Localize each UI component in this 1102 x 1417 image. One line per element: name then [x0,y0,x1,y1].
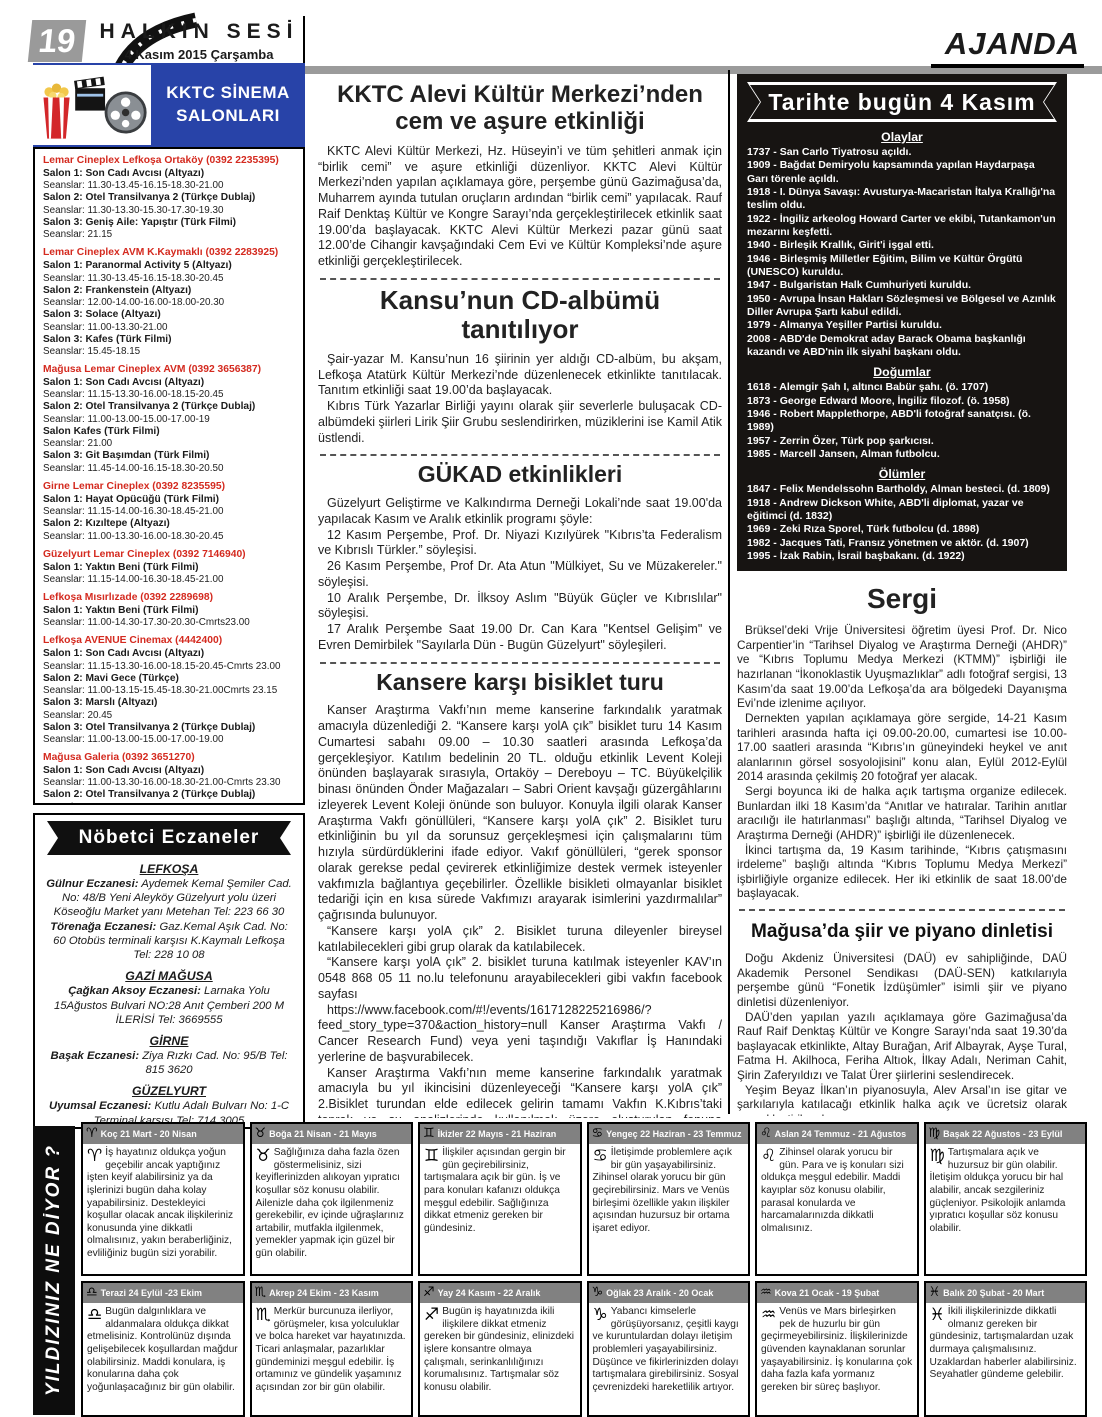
zodiac-cell: ♍ Başak 22 Ağustos - 23 Eylül ♍Tartışmal… [924,1122,1088,1276]
dashed-separator [320,454,720,456]
zodiac-icon-large: ♊ [424,1148,439,1165]
history-item: 2008 - ABD'de Demokrat aday Barack Obama… [747,333,1057,360]
zodiac-name: Balık 20 Şubat - 20 Mart [943,1283,1044,1303]
region-name: LEFKOŞA [43,862,295,876]
zodiac-cell: ♐ Yay 24 Kasım - 22 Aralık ♐Bugün iş hay… [418,1281,582,1417]
venue-name: Güzelyurt Lemar Cineplex (0392 7146940) [43,549,295,562]
cinema-banner: KKTC SİNEMA SALONLARI [33,63,305,147]
venue-films: Salon 1: Son Cadı Avcısı (Altyazı) Seans… [43,765,295,805]
cinema-venue: Lemar Cineplex Lefkoşa Ortaköy (0392 223… [43,155,295,241]
history-item: 1946 - Robert Mapplethorpe, ABD'li fotoğ… [747,408,1057,435]
zodiac-forecast: Venüs ve Mars birleşirken pek de huzurlu… [761,1306,912,1393]
zodiac-icon: ♈ [86,1124,98,1144]
zodiac-text: ♒Venüs ve Mars birleşirken pek de huzurl… [757,1303,917,1397]
paragraph: https://www.facebook.com/#!/events/16171… [318,1003,722,1066]
zodiac-cell: ♓ Balık 20 Şubat - 20 Mart ♓İkili ilişki… [924,1281,1088,1417]
article-alevi: KKTC Alevi Kültür Merkezi’nden cem ve aş… [318,82,722,270]
film-showtimes: Seanslar: 21.15 [43,229,295,241]
zodiac-icon-large: ♏ [256,1307,271,1324]
zodiac-text: ♋İletişimde problemlere açık bir gün yaş… [589,1144,749,1238]
cinema-venue: Güzelyurt Lemar Cineplex (0392 7146940) … [43,549,295,586]
issue-date: 4 Kasım 2015 Çarşamba [96,47,302,62]
film-showtimes: Seanslar: 11.30-13.45-16.15-18.30-21.00 [43,180,295,192]
pharmacy-region-lefkosa: LEFKOŞA Gülnur Eczanesi: Aydemek Kemal Ş… [43,862,295,962]
zodiac-name: Akrep 24 Ekim - 23 Kasım [269,1283,379,1303]
zodiac-cell: ♈ Koç 21 Mart - 20 Nisan ♈İş hayatınız o… [81,1122,245,1276]
zodiac-icon-large: ♐ [424,1307,439,1324]
article-sergi: Sergi Brüksel’deki Vrije Üniversitesi öğ… [737,583,1067,901]
film-title: Salon 2: Frankenstein (Altyazı) [43,285,295,297]
zodiac-icon-large: ♑ [593,1307,608,1324]
history-item: 1985 - Marcell Jansen, Alman futbolcu. [747,448,1057,461]
zodiac-icon-large: ♋ [593,1148,608,1165]
film-showtimes: Seanslar: 11.00-13.30-16.00-18.30-21.00-… [43,777,295,789]
zodiac-name: İkizler 22 Mayıs - 21 Haziran [438,1124,557,1144]
venue-name: Girne Lemar Cineplex (0392 8235595) [43,481,295,494]
cinema-box-title-line1: KKTC SİNEMA [151,82,305,105]
zodiac-text: ♑Yabancı kimselerle görüşüyorsanız, çeşi… [589,1303,749,1397]
zodiac-icon: ♌ [760,1124,772,1144]
film-showtimes: Seanslar: 20.45 [43,710,295,722]
history-section-olumler: Ölümler 1847 - Felix Mendelssohn Barthol… [747,467,1057,563]
history-item: 1847 - Felix Mendelssohn Bartholdy, Alma… [747,483,1057,496]
cinema-venue: Lefkoşa AVENUE Cinemax (4442400) Salon 1… [43,635,295,746]
zodiac-name: Yay 24 Kasım - 22 Aralık [438,1283,541,1303]
article-title: Sergi [737,583,1067,615]
paragraph: Sergi boyunca iki de halka açık tartışma… [737,784,1067,843]
history-item: 1969 - Zeki Rıza Sporel, Türk futbolcu (… [747,523,1057,536]
venue-name: Lemar Cineplex AVM K.Kaymaklı (0392 2283… [43,247,295,260]
venue-name: Lefkoşa Mısırlızade (0392 2289698) [43,592,295,605]
zodiac-cell: ♏ Akrep 24 Ekim - 23 Kasım ♏Merkür burcu… [250,1281,414,1417]
zodiac-header: ♐ Yay 24 Kasım - 22 Aralık [420,1283,580,1303]
zodiac-cell: ♋ Yengeç 22 Haziran - 23 Temmuz ♋İletişi… [587,1122,751,1276]
film-showtimes: Seanslar: 11.30-13.30-15.30-17.30-19.30 [43,205,295,217]
pharmacies-title: Nöbetci Eczaneler [47,821,291,855]
history-title: Tarihte bugün 4 Kasım [747,82,1057,122]
pharmacy-region-girne: GİRNE Başak Eczanesi: Ziya Rızkı Cad. No… [43,1034,295,1077]
zodiac-name: Terazi 24 Eylül -23 Ekim [101,1283,202,1303]
zodiac-icon: ♑ [592,1283,604,1303]
middle-column: KKTC Alevi Kültür Merkezi’nden cem ve aş… [318,76,722,1118]
zodiac-cell: ♑ Oğlak 23 Aralık - 20 Ocak ♑Yabancı kim… [587,1281,751,1417]
history-item: 1618 - Alemgir Şah I, altıncı Babür şahı… [747,381,1057,394]
venue-films: Salon 1: Son Cadı Avcısı (Altyazı) Seans… [43,168,295,242]
zodiac-forecast: Bugün dalgınlıklara ve aldanmalara olduk… [87,1306,238,1393]
cinema-listings: Lemar Cineplex Lefkoşa Ortaköy (0392 223… [33,147,305,805]
film-title: Salon 3: Solace (Altyazı) [43,309,295,321]
section-title: AJANDA [931,26,1084,68]
history-item: 1950 - Avrupa İnsan Hakları Sözleşmesi v… [747,293,1057,320]
article-gukad: GÜKAD etkinlikleri Güzelyurt Geliştirme … [318,462,722,653]
zodiac-icon: ♉ [255,1124,267,1144]
film-showtimes: Seanslar: 11.00-13.15-15.45-18.30-21.00C… [43,685,295,697]
zodiac-header: ♓ Balık 20 Şubat - 20 Mart [926,1283,1086,1303]
region-name: GÜZELYURT [43,1084,295,1098]
history-item: 1979 - Almanya Yeşiller Partisi kuruldu. [747,319,1057,332]
history-item: 1957 - Zerrin Özer, Türk pop şarkıcısı. [747,435,1057,448]
horoscope-sidebar: YILDIZINIZ NE DİYOR ? [33,1126,75,1415]
zodiac-forecast: İletişimde problemlere açık bir gün yaşa… [593,1147,732,1234]
pharmacy-entry: Çağkan Aksoy Eczanesi: Larnaka Yolu 15Ağ… [43,984,295,1027]
horoscope-section: YILDIZINIZ NE DİYOR ? ♈ Koç 21 Mart - 20… [33,1122,1087,1415]
masthead-divider [303,16,305,64]
zodiac-forecast: İlişkiler açısından gergin bir gün geçir… [424,1147,566,1234]
zodiac-cell: ♌ Aslan 24 Temmuz - 21 Ağustos ♌Zihinsel… [755,1122,919,1276]
pharmacy-name: Başak Eczanesi: [51,1050,140,1062]
zodiac-header: ♍ Başak 22 Ağustos - 23 Eylül [926,1124,1086,1144]
zodiac-icon: ♓ [929,1283,941,1303]
film-showtimes: Seanslar: 11.00-13.30-21.00 [43,322,295,334]
film-title: Salon 2: Kızıltepe (Altyazı) [43,518,295,530]
article-title: Kansere karşı bisiklet turu [318,670,722,696]
article-title: KKTC Alevi Kültür Merkezi’nden cem ve aş… [318,82,722,136]
zodiac-grid: ♈ Koç 21 Mart - 20 Nisan ♈İş hayatınız o… [81,1122,1087,1417]
zodiac-name: Aslan 24 Temmuz - 21 Ağustos [775,1124,907,1144]
venue-films: Salon 1: Son Cadı Avcısı (Altyazı) Seans… [43,648,295,746]
pharmacy-name: Törenağa Eczanesi: [50,921,156,933]
paragraph: KKTC Alevi Kültür Merkezi, Hz. Hüseyin’i… [318,144,722,270]
film-showtimes: Seanslar: 21.00 [43,438,295,450]
film-showtimes: Seanslar: 11.30-13.45-16.15-18.30-20.45 [43,273,295,285]
film-title: Salon 1: Hayat Öpücüğü (Türk Filmi) [43,494,295,506]
history-item: 1909 - Bağdat Demiryolu kapsamında yapıl… [747,159,1057,186]
zodiac-icon: ♒ [760,1283,772,1303]
history-ribbon: Tarihte bugün 4 Kasım [747,82,1057,122]
film-title: Salon Kafes (Türk Filmi) [43,426,295,438]
paragraph: 26 Kasım Perşembe, Prof Dr. Ata Atun "Mü… [318,559,722,591]
zodiac-text: ♎Bugün dalgınlıklara ve aldanmalara oldu… [83,1303,243,1397]
paragraph: 10 Aralık Perşembe, Dr. İlksoy Aslım "Bü… [318,591,722,623]
cinema-graphic [33,65,151,145]
zodiac-forecast: Tartışmalara açık ve huzursuz bir gün ol… [930,1147,1066,1234]
paragraph: “Kansere karşı yolA çık” 2. Bisiklet tur… [318,924,722,956]
film-title: Salon 2: Otel Transilvanya 2 (Türkçe Dub… [43,789,295,801]
zodiac-name: Koç 21 Mart - 20 Nisan [101,1124,197,1144]
left-column: KKTC SİNEMA SALONLARI Lemar Cineplex Lef… [33,63,305,1129]
horoscope-sidebar-label: YILDIZINIZ NE DİYOR ? [43,1144,65,1396]
zodiac-cell: ♊ İkizler 22 Mayıs - 21 Haziran ♊İlişkil… [418,1122,582,1276]
masthead: HALKIN SESİ 4 Kasım 2015 Çarşamba [96,20,302,62]
film-title: Salon 1: Yaktın Beni (Türk Filmi) [43,605,295,617]
film-showtimes: Seanslar: 11.15-13.30-16.00-18.15-20.45-… [43,661,295,673]
history-item: 1946 - Birleşmiş Milletler Eğitim, Bilim… [747,253,1057,280]
zodiac-forecast: İkili ilişkilerinizde dikkatli olmanız g… [930,1306,1077,1380]
venue-name: Mağusa Galeria (0392 3651270) [43,752,295,765]
film-title: Salon 1: Son Cadı Avcısı (Altyazı) [43,377,295,389]
zodiac-header: ♋ Yengeç 22 Haziran - 23 Temmuz [589,1124,749,1144]
venue-films: Salon 1: Yaktın Beni (Türk Filmi) Seansl… [43,562,295,587]
venue-name: Lefkoşa AVENUE Cinemax (4442400) [43,635,295,648]
dashed-separator [739,909,1065,911]
film-title: Salon 3: Kafes (Türk Filmi) [43,334,295,346]
film-title: Salon 2: Otel Transilvanya 2 (Türkçe Dub… [43,401,295,413]
zodiac-text: ♌Zihinsel olarak yorucu bir gün. Para ve… [757,1144,917,1238]
venue-name: Lemar Cineplex Lefkoşa Ortaköy (0392 223… [43,155,295,168]
film-title: Salon 1: Son Cadı Avcısı (Altyazı) [43,168,295,180]
film-title: Salon 3: Git Başımdan (Türk Filmi) [43,450,295,462]
film-showtimes: Seanslar: 11.15-13.30-16.00-18.15-20.45 [43,389,295,401]
paragraph: Şair-yazar M. Kansu’nun 16 şiirinin yer … [318,352,722,399]
zodiac-forecast: Sağlığınıza daha fazla özen göstermelisi… [256,1147,404,1259]
history-item: 1918 - Andrew Dickson White, ABD'li dipl… [747,497,1057,524]
history-item: 1995 - İzak Rabin, İsrail başbakanı. (d.… [747,550,1057,563]
zodiac-text: ♏Merkür burcunuza ilerliyor, görüşmeler,… [252,1303,412,1397]
zodiac-text: ♊İlişkiler açısından gergin bir gün geçi… [420,1144,580,1238]
history-heading: Ölümler [747,467,1057,481]
history-item: 1947 - Bulgaristan Halk Cumhuriyeti kuru… [747,279,1057,292]
film-showtimes: Seanslar: 12.00-14.00-16.00-18.00-20.30 [43,297,295,309]
film-title: Salon 3: Otel Transilvanya 2 (Türkçe Dub… [43,722,295,734]
film-showtimes: Seanslar: 11.15-14.00-16.30-18.45-21.00 [43,574,295,586]
zodiac-icon-large: ♍ [930,1148,945,1165]
paragraph: Güzelyurt Geliştirme ve Kalkındırma Dern… [318,496,722,528]
cinema-venue: Mağusa Lemar Cineplex AVM (0392 3656387)… [43,364,295,475]
history-item: 1982 - Jacques Tati, Fransız yönetmen ve… [747,537,1057,550]
cinema-venue: Lefkoşa Mısırlızade (0392 2289698) Salon… [43,592,295,629]
zodiac-name: Başak 22 Ağustos - 23 Eylül [943,1124,1062,1144]
zodiac-header: ♌ Aslan 24 Temmuz - 21 Ağustos [757,1124,917,1144]
pharmacies-box: Nöbetci Eczaneler LEFKOŞA Gülnur Eczanes… [33,813,305,1129]
clapperboard-icon [74,77,105,111]
history-item: 1922 - İngiliz arkeolog Howard Carter ve… [747,213,1057,240]
cinema-box-title-line2: SALONLARI [151,105,305,128]
region-name: GAZİ MAĞUSA [43,969,295,983]
film-title: Salon 1: Son Cadı Avcısı (Altyazı) [43,648,295,660]
zodiac-header: ♈ Koç 21 Mart - 20 Nisan [83,1124,243,1144]
zodiac-icon: ♐ [423,1283,435,1303]
film-showtimes: Seanslar: 11.00-13.00-15.00-17.00-19.00 [43,802,295,805]
cinema-venue: Girne Lemar Cineplex (0392 8235595) Salo… [43,481,295,543]
article-kansu: Kansu’nun CD-albümü tanıtılıyor Şair-yaz… [318,286,722,447]
paragraph: DAÜ’den yapılan yazılı açıklamaya göre G… [737,1010,1067,1083]
zodiac-header: ♑ Oğlak 23 Aralık - 20 Ocak [589,1283,749,1303]
article-bisiklet: Kansere karşı bisiklet turu Kanser Araşt… [318,670,722,1118]
film-showtimes: Seanslar: 11.15-14.00-16.30-18.45-21.00 [43,506,295,518]
zodiac-text: ♓İkili ilişkilerinizde dikkatli olmanız … [926,1303,1086,1385]
zodiac-forecast: İş hayatınız oldukça yoğun geçebilir anc… [87,1147,233,1259]
film-title: Salon 3: Marslı (Altyazı) [43,697,295,709]
paragraph: Dernekten yapılan açıklamaya göre sergid… [737,711,1067,784]
pharmacy-entry: Törenağa Eczanesi: Gaz.Kemal Aşık Cad. N… [43,920,295,963]
zodiac-forecast: Yabancı kimselerle görüşüyorsanız, çeşit… [593,1306,739,1393]
film-title: Salon 1: Paranormal Activity 5 (Altyazı) [43,260,295,272]
venue-name: Mağusa Lemar Cineplex AVM (0392 3656387) [43,364,295,377]
cinema-box-title: KKTC SİNEMA SALONLARI [151,82,305,128]
paragraph: Brüksel’deki Vrije Üniversitesi öğretim … [737,623,1067,711]
zodiac-cell: ♎ Terazi 24 Eylül -23 Ekim ♎Bugün dalgın… [81,1281,245,1417]
cinema-venue: Mağusa Galeria (0392 3651270) Salon 1: S… [43,752,295,805]
pharmacy-name: Çağkan Aksoy Eczanesi: [68,985,201,997]
zodiac-text: ♍Tartışmalara açık ve huzursuz bir gün o… [926,1144,1086,1238]
history-item: 1873 - George Edward Moore, İngiliz filo… [747,395,1057,408]
film-showtimes: Seanslar: 11.00-13.00-15.00-17.00-19 [43,414,295,426]
zodiac-icon-large: ♎ [87,1307,102,1324]
film-title: Salon 1: Son Cadı Avcısı (Altyazı) [43,765,295,777]
paragraph: Kanser Araştırma Vakfı’nın meme kanserin… [318,703,722,924]
zodiac-icon-large: ♈ [87,1148,102,1165]
zodiac-text: ♈İş hayatınız oldukça yoğun geçebilir an… [83,1144,243,1264]
zodiac-header: ♊ İkizler 22 Mayıs - 21 Haziran [420,1124,580,1144]
history-section-olaylar: Olaylar 1737 - San Carlo Tiyatrosu açıld… [747,130,1057,359]
venue-films: Salon 1: Paranormal Activity 5 (Altyazı)… [43,260,295,358]
film-title: Salon 1: Yaktın Beni (Türk Filmi) [43,562,295,574]
zodiac-icon-large: ♓ [930,1307,945,1324]
film-showtimes: Seanslar: 11.45-14.00-16.15-18.30-20.50 [43,463,295,475]
history-heading: Doğumlar [747,365,1057,379]
film-title: Salon 3: Geniş Aile: Yapıştır (Türk Film… [43,217,295,229]
zodiac-icon: ♏ [255,1283,267,1303]
zodiac-forecast: Bugün iş hayatınızda ikili ilişkilere di… [424,1306,574,1393]
zodiac-header: ♏ Akrep 24 Ekim - 23 Kasım [252,1283,412,1303]
paragraph: 12 Kasım Perşembe, Prof. Dr. Niyazi Kızı… [318,528,722,560]
film-reel-icon [106,93,145,132]
zodiac-header: ♎ Terazi 24 Eylül -23 Ekim [83,1283,243,1303]
zodiac-forecast: Merkür burcunuza ilerliyor, görüşmeler, … [256,1306,406,1393]
film-showtimes: Seanslar: 11.00-14.30-17.30-20.30-Cmrts2… [43,617,295,629]
dashed-separator [320,278,720,280]
zodiac-text: ♉Sağlığınıza daha fazla özen göstermelis… [252,1144,412,1264]
zodiac-name: Boğa 21 Nisan - 21 Mayıs [269,1124,377,1144]
zodiac-cell: ♉ Boğa 21 Nisan - 21 Mayıs ♉Sağlığınıza … [250,1122,414,1276]
zodiac-header: ♉ Boğa 21 Nisan - 21 Mayıs [252,1124,412,1144]
paragraph: Kanser Araştırma Vakfı’nın meme kanserin… [318,1066,722,1118]
newspaper-title: HALKIN SESİ [96,20,302,44]
article-title: Mağusa’da şiir ve piyano dinletisi [737,921,1067,943]
pharmacy-name: Gülnur Eczanesi: [46,878,138,890]
zodiac-header: ♒ Kova 21 Ocak - 19 Şubat [757,1283,917,1303]
zodiac-icon: ♎ [86,1283,98,1303]
cinema-venue: Lemar Cineplex AVM K.Kaymaklı (0392 2283… [43,247,295,358]
film-showtimes: Seanslar: 15.45-18.15 [43,346,295,358]
pharmacy-name: Uyumsal Eczanesi: [49,1100,151,1112]
pharmacies-ribbon: Nöbetci Eczaneler [47,821,291,855]
cinema-collage-icon [36,67,148,143]
pharmacy-address: Ziya Rızkı Cad. No: 95/B Tel: 815 3620 [142,1050,287,1076]
pharmacy-entry: Gülnur Eczanesi: Aydemek Kemal Şemiler C… [43,877,295,920]
zodiac-icon: ♍ [929,1124,941,1144]
film-title: Salon 2: Mavi Gece (Türkçe) [43,673,295,685]
region-name: GİRNE [43,1034,295,1048]
paragraph: “Kansere karşı yolA çık” 2. bisiklet tur… [318,955,722,1002]
venue-films: Salon 1: Son Cadı Avcısı (Altyazı) Seans… [43,377,295,475]
venue-films: Salon 1: Yaktın Beni (Türk Filmi) Seansl… [43,605,295,630]
zodiac-icon: ♊ [423,1124,435,1144]
right-column: Tarihte bugün 4 Kasım Olaylar 1737 - San… [737,74,1067,1116]
zodiac-icon-large: ♒ [761,1307,776,1324]
history-item: 1918 - I. Dünya Savaşı: Avusturya-Macari… [747,186,1057,213]
article-title: GÜKAD etkinlikleri [318,462,722,488]
zodiac-text: ♐Bugün iş hayatınızda ikili ilişkilere d… [420,1303,580,1397]
today-in-history-box: Tarihte bugün 4 Kasım Olaylar 1737 - San… [737,74,1067,571]
history-heading: Olaylar [747,130,1057,144]
paragraph: İkinci tartışma da, 19 Kasım tarihinde, … [737,843,1067,902]
zodiac-icon-large: ♌ [761,1148,776,1165]
history-section-dogumlar: Doğumlar 1618 - Alemgir Şah I, altıncı B… [747,365,1057,461]
paragraph: Doğu Akdeniz Üniversitesi (DAÜ) ev sahip… [737,951,1067,1010]
zodiac-icon-large: ♉ [256,1148,271,1165]
column-divider [728,70,730,1114]
zodiac-name: Oğlak 23 Aralık - 20 Ocak [606,1283,713,1303]
paragraph: 17 Aralık Perşembe Saat 19.00 Dr. Can Ka… [318,622,722,654]
zodiac-name: Yengeç 22 Haziran - 23 Temmuz [606,1124,741,1144]
history-item: 1737 - San Carlo Tiyatrosu açıldı. [747,146,1057,159]
pharmacy-region-magusa: GAZİ MAĞUSA Çağkan Aksoy Eczanesi: Larna… [43,969,295,1027]
film-showtimes: Seanslar: 11.00-13.00-15.00-17.00-19.00 [43,734,295,746]
zodiac-name: Kova 21 Ocak - 19 Şubat [775,1283,880,1303]
dashed-separator [320,662,720,664]
film-showtimes: Seanslar: 11.00-13.30-16.00-18.30-20.45 [43,531,295,543]
zodiac-forecast: Zihinsel olarak yorucu bir gün. Para ve … [761,1147,904,1234]
history-item: 1940 - Birleşik Krallık, Girit'i işgal e… [747,239,1057,252]
newspaper-page: 19 HALKIN SESİ 4 Kasım 2015 Çarşamba AJA… [0,0,1102,1417]
article-title: Kansu’nun CD-albümü tanıtılıyor [318,286,722,344]
paragraph: Yeşim Beyaz İlkan’ın piyanosuyla, Alev A… [737,1083,1067,1116]
paragraph: Kıbrıs Türk Yazarlar Birliği yayını olar… [318,399,722,446]
popcorn-icon [43,84,69,139]
film-title: Salon 2: Otel Transilvanya 2 (Türkçe Dub… [43,192,295,204]
pharmacy-entry: Başak Eczanesi: Ziya Rızkı Cad. No: 95/B… [43,1049,295,1077]
zodiac-icon: ♋ [592,1124,604,1144]
article-magusa-dinleti: Mağusa’da şiir ve piyano dinletisi Doğu … [737,921,1067,1116]
venue-films: Salon 1: Hayat Öpücüğü (Türk Filmi) Sean… [43,494,295,543]
zodiac-cell: ♒ Kova 21 Ocak - 19 Şubat ♒Venüs ve Mars… [755,1281,919,1417]
